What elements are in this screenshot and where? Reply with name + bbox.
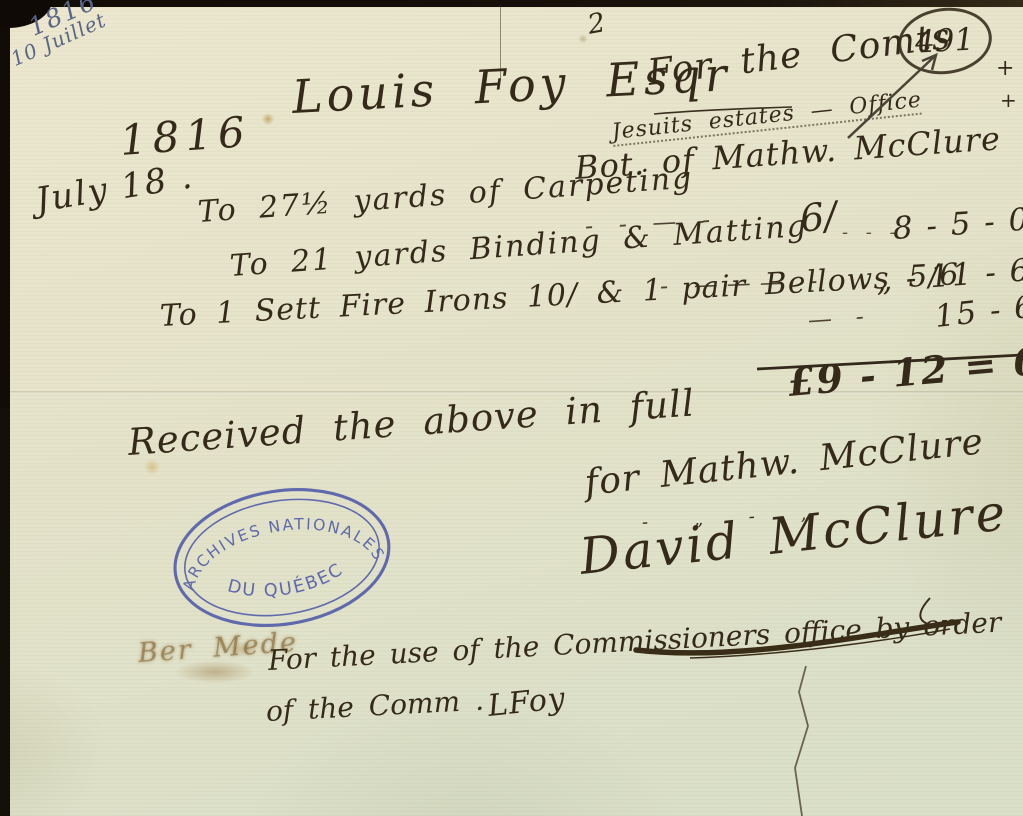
svg-text:DU QUÉBEC: DU QUÉBEC — [223, 558, 350, 609]
stamp-text-bottom: DU QUÉBEC — [223, 558, 350, 609]
scan-edge-left — [0, 0, 10, 408]
scanned-receipt-1816: 1816 10 Juillet 2 491 Louis Foy Esqr For… — [0, 0, 1023, 816]
item-leader-dashes: — - — [807, 304, 872, 332]
plus-mark: + — [1000, 90, 1017, 110]
year: 1816 — [119, 111, 253, 162]
item-amount: 8 - 5 - 0 — [892, 204, 1023, 245]
scan-edge-top — [0, 0, 1023, 7]
footer-signature-lfoy: LFoy — [486, 684, 567, 722]
plus-mark: + — [996, 58, 1014, 80]
item-amount: 15 - 6 — [933, 291, 1023, 332]
